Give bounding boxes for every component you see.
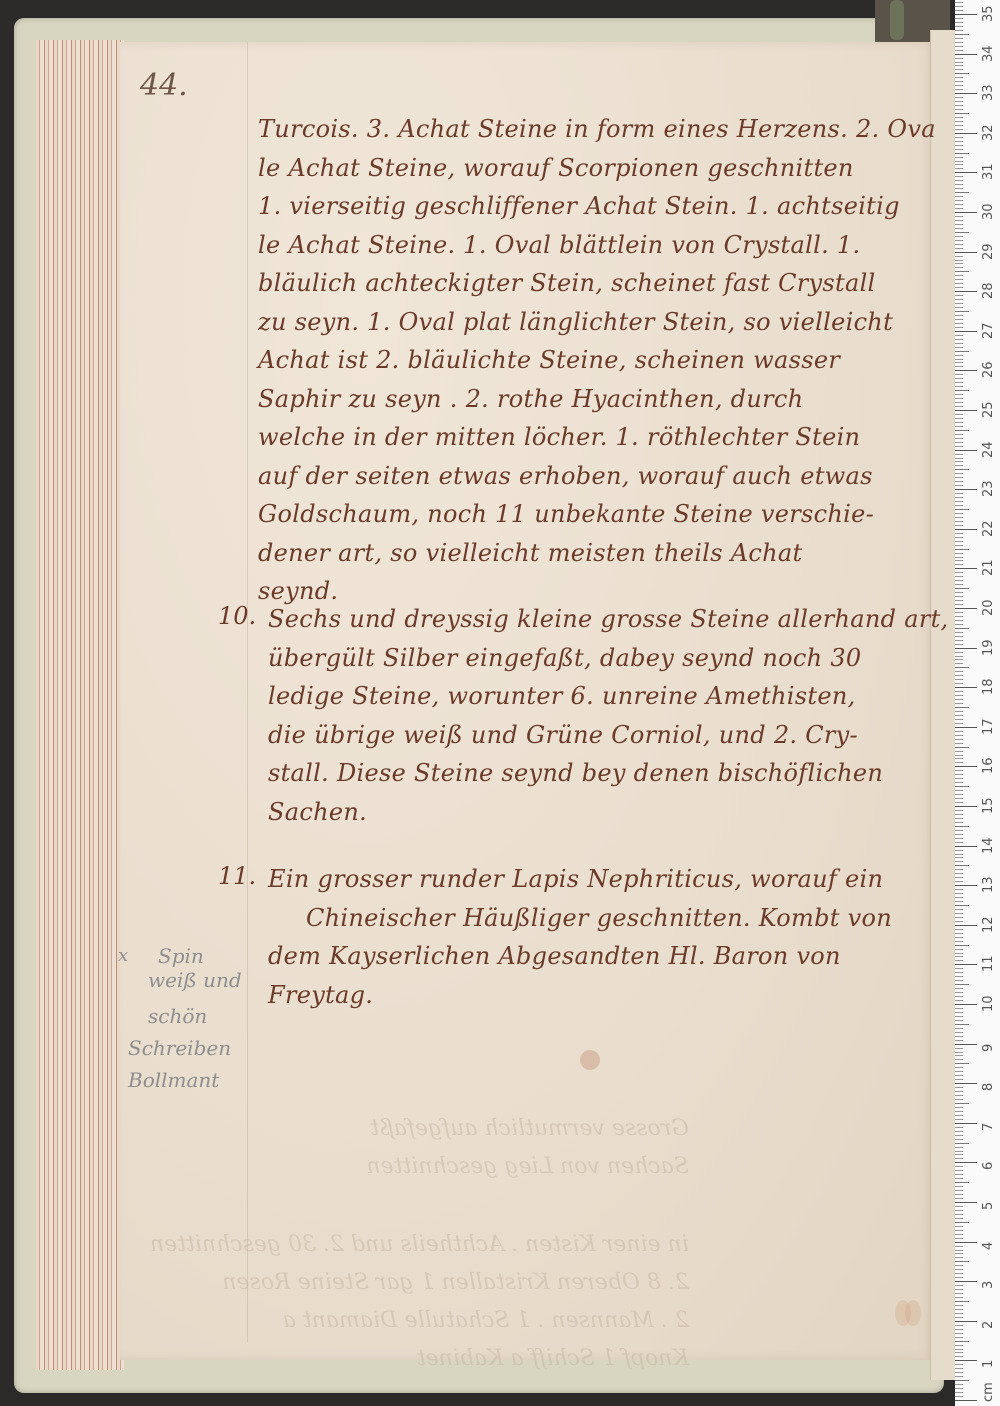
ruler-tick xyxy=(955,1059,963,1060)
ruler-tick xyxy=(955,751,963,752)
ruler-tick xyxy=(955,351,969,352)
ruler-tick xyxy=(955,537,963,538)
ruler-tick xyxy=(955,359,963,360)
ruler-tick xyxy=(955,616,963,617)
ruler-tick xyxy=(955,1356,963,1357)
ruler-tick xyxy=(955,921,963,922)
ruler-tick xyxy=(955,850,963,851)
ruler-tick xyxy=(955,675,963,676)
ruler-label: 1 xyxy=(981,1360,996,1368)
ruler-tick xyxy=(955,1341,969,1342)
ruler-tick xyxy=(955,1253,963,1254)
ruler-tick xyxy=(955,473,963,474)
ruler-tick xyxy=(955,343,963,344)
ruler-tick xyxy=(955,477,963,478)
entry-number: 10. xyxy=(218,602,256,630)
ruler-tick xyxy=(955,1265,963,1266)
ruler-tick xyxy=(955,727,977,728)
ruler-tick xyxy=(955,838,963,839)
ruler-tick xyxy=(955,1063,969,1064)
ruler-label: 7 xyxy=(981,1123,996,1131)
folio-number: 44. xyxy=(140,68,188,103)
entry-continuation: Turcois. 3. Achat Steine in form eines H… xyxy=(258,110,936,611)
ruler-tick xyxy=(955,992,963,993)
ruler-tick xyxy=(955,125,963,126)
ruler-tick xyxy=(955,1182,969,1183)
ruler-tick xyxy=(955,1012,963,1013)
ruler-tick xyxy=(955,755,963,756)
ruler-tick xyxy=(955,1020,963,1021)
ruler-tick xyxy=(955,549,969,550)
ruler-tick xyxy=(955,1154,963,1155)
ruler-tick xyxy=(955,1277,963,1278)
ruler-tick xyxy=(955,430,969,431)
ruler-tick xyxy=(955,390,969,391)
ruler-tick xyxy=(955,434,963,435)
ruler-tick xyxy=(955,1285,963,1286)
ruler-label: 29 xyxy=(981,243,996,260)
ruler-tick xyxy=(955,295,963,296)
ruler-tick xyxy=(955,1222,969,1223)
ruler-tick xyxy=(955,141,963,142)
ruler-label: 25 xyxy=(981,401,996,418)
spacer xyxy=(150,1186,689,1226)
ruler-tick xyxy=(955,1194,963,1195)
ruler-tick xyxy=(955,857,963,858)
ruler-tick xyxy=(955,200,963,201)
ruler-label: 5 xyxy=(981,1202,996,1210)
ruler-tick xyxy=(955,481,963,482)
bleed-line: in einer Kisten . Achtheils und 2. 30 ge… xyxy=(150,1226,689,1264)
ruler-tick xyxy=(955,93,977,94)
ruler-tick xyxy=(955,1131,963,1132)
ruler-tick xyxy=(955,513,963,514)
ruler-tick xyxy=(955,34,969,35)
ruler-tick xyxy=(955,188,963,189)
ruler-label: 19 xyxy=(981,639,996,656)
ruler-tick xyxy=(955,50,963,51)
ruler-tick xyxy=(955,454,963,455)
ruler-tick xyxy=(955,1273,963,1274)
ruler-tick xyxy=(955,945,969,946)
ruler-tick xyxy=(955,790,963,791)
ruler-tick xyxy=(955,1368,963,1369)
ruler-tick xyxy=(955,1170,963,1171)
ruler-tick xyxy=(955,786,969,787)
ruler-tick xyxy=(955,386,963,387)
ruler-tick xyxy=(955,1135,963,1136)
ruler-tick xyxy=(955,996,963,997)
ruler-tick xyxy=(955,1186,963,1187)
ruler-tick xyxy=(955,1147,963,1148)
entry-line: 1. vierseitig geschliffener Achat Stein.… xyxy=(258,187,936,226)
ruler-tick xyxy=(955,263,963,264)
ruler-tick xyxy=(955,1261,969,1262)
ruler-tick xyxy=(955,1210,963,1211)
ruler-tick xyxy=(955,584,963,585)
ruler-tick xyxy=(955,723,963,724)
ruler-tick xyxy=(955,1000,963,1001)
ruler-tick xyxy=(955,980,963,981)
ruler-tick xyxy=(955,1178,963,1179)
ruler-tick xyxy=(955,153,969,154)
ruler-tick xyxy=(955,517,963,518)
ruler-tick xyxy=(955,410,977,411)
ruler-label: 24 xyxy=(981,441,996,458)
ruler-tick xyxy=(955,505,963,506)
entry-line: dem Kayserlichen Abgesandten Hl. Baron v… xyxy=(268,937,892,976)
ruler-tick xyxy=(955,1111,963,1112)
ruler-tick xyxy=(955,1372,963,1373)
ruler-tick xyxy=(955,145,963,146)
ruler-tick xyxy=(955,331,977,332)
ruler-tick xyxy=(955,1095,963,1096)
ruler-tick xyxy=(955,652,963,653)
entry-line: Achat ist 2. bläulichte Steine, scheinen… xyxy=(258,341,936,380)
ruler-tick xyxy=(955,1384,963,1385)
entry-line: le Achat Steine. 1. Oval blättlein von C… xyxy=(258,226,936,265)
ruler-tick xyxy=(955,1127,963,1128)
ruler-tick xyxy=(955,925,977,926)
ruler-tick xyxy=(955,576,963,577)
ruler-tick xyxy=(955,65,963,66)
ruler-tick xyxy=(955,370,977,371)
ruler-tick xyxy=(955,572,963,573)
ruler-tick xyxy=(955,735,963,736)
ruler-tick xyxy=(955,560,963,561)
ruler-tick xyxy=(955,782,963,783)
ruler-tick xyxy=(955,184,963,185)
ruler-tick xyxy=(955,1119,963,1120)
ruler-tick xyxy=(955,624,963,625)
ruler-tick xyxy=(955,279,963,280)
ruler-tick xyxy=(955,1301,969,1302)
ruler-tick xyxy=(955,941,963,942)
ruler-tick xyxy=(955,362,963,363)
ruler-tick xyxy=(955,1345,963,1346)
ruler-label: 35 xyxy=(981,5,996,22)
ruler-label: 20 xyxy=(981,599,996,616)
ruler-tick xyxy=(955,909,963,910)
ruler-tick xyxy=(955,22,963,23)
ruler-tick xyxy=(955,968,963,969)
bleed-line: 2. 8 Oberen Kristallen 1 gar Steine Rose… xyxy=(150,1264,689,1302)
ruler-tick xyxy=(955,1067,963,1068)
ruler-tick xyxy=(955,588,969,589)
ruler-tick xyxy=(955,81,963,82)
ruler-tick xyxy=(955,885,977,886)
ruler-tick xyxy=(955,592,963,593)
ruler-tick xyxy=(955,1024,969,1025)
ruler-tick xyxy=(955,248,963,249)
ruler-tick xyxy=(955,89,963,90)
ruler-tick xyxy=(955,1044,977,1045)
ruler-tick xyxy=(955,192,969,193)
ruler-tick xyxy=(955,747,969,748)
ruler-tick xyxy=(955,1352,963,1353)
ruler-tick xyxy=(955,1048,963,1049)
ruler-tick xyxy=(955,1238,963,1239)
ruler-tick xyxy=(955,1028,963,1029)
ruler-tick xyxy=(955,656,963,657)
ruler-tick xyxy=(955,113,969,114)
ruler-tick xyxy=(955,394,963,395)
ruler-tick xyxy=(955,1281,977,1282)
ruler-tick xyxy=(955,612,963,613)
ruler-tick xyxy=(955,628,969,629)
ruler-tick xyxy=(955,905,969,906)
ruler-tick xyxy=(955,1214,963,1215)
ruler-tick xyxy=(955,854,963,855)
ruler-tick xyxy=(955,109,963,110)
ruler-tick xyxy=(955,834,963,835)
ruler-tick xyxy=(955,509,969,510)
ruler-tick xyxy=(955,6,963,7)
ruler-tick xyxy=(955,97,963,98)
ruler-tick xyxy=(955,501,963,502)
entry-line: welche in der mitten löcher. 1. röthlech… xyxy=(258,418,936,457)
stain xyxy=(580,1050,600,1070)
ruler-label: 8 xyxy=(981,1083,996,1091)
ruler-tick xyxy=(955,794,963,795)
ruler-label: 11 xyxy=(981,956,996,973)
ruler-tick xyxy=(955,458,963,459)
ruler-tick xyxy=(955,620,963,621)
ruler-tick xyxy=(955,366,963,367)
ruler-tick xyxy=(955,164,963,165)
ruler-tick xyxy=(955,1004,977,1005)
ruler-tick xyxy=(955,659,963,660)
entry-line: Sechs und dreyssig kleine grosse Steine … xyxy=(268,600,980,639)
bleed-line: Knopf 1 Schiff a Kabinet xyxy=(150,1340,689,1378)
ruler-tick xyxy=(955,873,963,874)
ruler-tick xyxy=(955,1115,963,1116)
ruler-tick xyxy=(955,719,963,720)
ruler-tick xyxy=(955,204,963,205)
ruler-tick xyxy=(955,533,963,534)
ruler-tick xyxy=(955,196,963,197)
ruler-tick xyxy=(955,101,963,102)
ruler-tick xyxy=(955,976,963,977)
ruler-tick xyxy=(955,604,963,605)
ruler-tick xyxy=(955,1257,963,1258)
ruler-tick xyxy=(955,1242,977,1243)
ruler-label: 22 xyxy=(981,520,996,537)
ruler-tick xyxy=(955,1162,977,1163)
ruler-tick xyxy=(955,129,963,130)
ruler-tick xyxy=(955,426,963,427)
ruler-tick xyxy=(955,117,963,118)
ruler-tick xyxy=(955,1297,963,1298)
ruler-tick xyxy=(955,240,963,241)
ruler-tick xyxy=(955,62,963,63)
ruler-tick xyxy=(955,1321,977,1322)
ruler-tick xyxy=(955,679,963,680)
ruler-tick xyxy=(955,323,963,324)
ruler-tick xyxy=(955,580,963,581)
ruler-label: 17 xyxy=(981,718,996,735)
ruler-tick xyxy=(955,774,963,775)
ruler-tick xyxy=(955,988,963,989)
ruler-tick xyxy=(955,355,963,356)
ruler-tick xyxy=(955,149,963,150)
ruler-tick xyxy=(955,493,963,494)
ruler-tick xyxy=(955,1016,963,1017)
ruler-tick xyxy=(955,1226,963,1227)
ruler-tick xyxy=(955,1396,963,1397)
ruler-tick xyxy=(955,913,963,914)
ruler-tick xyxy=(955,1400,977,1401)
ruler-tick xyxy=(955,1337,963,1338)
pencil-cross-mark: x xyxy=(118,935,128,977)
ruler-tick xyxy=(955,485,963,486)
ruler-tick xyxy=(955,260,963,261)
ruler-tick xyxy=(955,489,977,490)
ruler-tick xyxy=(955,1087,963,1088)
ruler-tick xyxy=(955,671,963,672)
ruler-tick xyxy=(955,1230,963,1231)
binding-tie xyxy=(890,0,904,40)
ruler-tick xyxy=(955,917,963,918)
ruler-tick xyxy=(955,683,963,684)
ruler-tick xyxy=(955,632,963,633)
ruler-tick xyxy=(955,497,963,498)
ruler-label: 13 xyxy=(981,877,996,894)
ruler-tick xyxy=(955,77,963,78)
ruler-tick xyxy=(955,545,963,546)
ruler-tick xyxy=(955,557,963,558)
entry-number: 11. xyxy=(218,862,256,890)
ruler-tick xyxy=(955,842,963,843)
ruler-tick xyxy=(955,703,963,704)
ruler-tick xyxy=(955,929,963,930)
ruler-tick xyxy=(955,1234,963,1235)
ruler-tick xyxy=(955,865,969,866)
ruler-tick xyxy=(955,283,963,284)
ruler-tick xyxy=(955,161,963,162)
ruler-label: 9 xyxy=(981,1043,996,1051)
entry-line: dener art, so vielleicht meisten theils … xyxy=(258,534,936,573)
ruler-tick xyxy=(955,822,963,823)
ruler-label: 15 xyxy=(981,797,996,814)
ruler-label: 26 xyxy=(981,362,996,379)
ruler-tick xyxy=(955,26,963,27)
ruler-tick xyxy=(955,414,963,415)
ruler-tick xyxy=(955,846,977,847)
bleed-line: Sachen von Lieg geschnitten xyxy=(150,1148,689,1186)
ruler-tick xyxy=(955,1364,963,1365)
ruler-tick xyxy=(955,553,963,554)
ruler-tick xyxy=(955,1151,963,1152)
ruler-label: 33 xyxy=(981,85,996,102)
ruler-tick xyxy=(955,461,963,462)
ruler-tick xyxy=(955,1055,963,1056)
ruler-tick xyxy=(955,897,963,898)
ruler-tick xyxy=(955,695,963,696)
ruler-tick xyxy=(955,715,963,716)
ruler-tick xyxy=(955,1052,963,1053)
entry-line: Sachen. xyxy=(268,793,980,832)
entry-body: Ein grosser runder Lapis Nephriticus, wo… xyxy=(268,860,892,1014)
ruler-tick xyxy=(955,711,963,712)
ruler-tick xyxy=(955,889,963,890)
ruler-tick xyxy=(955,1388,963,1389)
ruler-tick xyxy=(955,869,963,870)
ruler-tick xyxy=(955,861,963,862)
ruler-tick xyxy=(955,600,963,601)
entry-line: die übrige weiß und Grüne Corniol, und 2… xyxy=(268,716,980,755)
ruler-tick xyxy=(955,442,963,443)
entry-line: stall. Diese Steine seynd bey denen bisc… xyxy=(268,754,980,793)
ruler-tick xyxy=(955,402,963,403)
ruler-tick xyxy=(955,1036,963,1037)
ruler-tick xyxy=(955,818,963,819)
ruler-tick xyxy=(955,38,963,39)
ruler-tick xyxy=(955,814,963,815)
ruler-tick xyxy=(955,1099,963,1100)
ruler-tick xyxy=(955,252,977,253)
ruler-tick xyxy=(955,949,963,950)
ruler-tick xyxy=(955,762,963,763)
ruler-tick xyxy=(955,339,963,340)
ruler-tick xyxy=(955,1349,963,1350)
ruler-tick xyxy=(955,465,963,466)
ruler-tick xyxy=(955,1091,963,1092)
ruler-tick xyxy=(955,1360,977,1361)
ruler-tick xyxy=(955,778,963,779)
ruler-tick xyxy=(955,1032,963,1033)
ruler-tick xyxy=(955,972,963,973)
entry-line: Saphir zu seyn . 2. rothe Hyacinthen, du… xyxy=(258,380,936,419)
ruler-tick xyxy=(955,176,963,177)
ruler-label: 30 xyxy=(981,203,996,220)
ruler-tick xyxy=(955,224,963,225)
entry-line: zu seyn. 1. Oval plat länglichter Stein,… xyxy=(258,303,936,342)
ruler-tick xyxy=(955,1008,963,1009)
ruler-tick xyxy=(955,172,977,173)
ruler-tick xyxy=(955,446,963,447)
ruler-tick xyxy=(955,382,963,383)
ruler-label: 16 xyxy=(981,758,996,775)
ruler-label: 12 xyxy=(981,916,996,933)
ruler-tick xyxy=(955,137,963,138)
ruler-tick xyxy=(955,687,977,688)
ruler-tick xyxy=(955,667,969,668)
ruler-tick xyxy=(955,14,977,15)
ruler-tick xyxy=(955,707,969,708)
ruler-tick xyxy=(955,275,963,276)
marginal-pencil-note: x Spin weiß und schön Schreiben Bollmant xyxy=(128,935,242,1101)
page-edges-stack xyxy=(36,40,124,1370)
ruler-tick xyxy=(955,964,977,965)
ruler-label: 32 xyxy=(981,124,996,141)
ruler-tick xyxy=(955,168,963,169)
entry-line: le Achat Steine, worauf Scorpionen gesch… xyxy=(258,149,936,188)
ruler-tick xyxy=(955,450,977,451)
ruler-tick xyxy=(955,42,963,43)
ruler-label: 34 xyxy=(981,45,996,62)
bleed-line: Grosse vermutlich aufgefaßt xyxy=(150,1110,689,1148)
ruler-tick xyxy=(955,608,977,609)
ruler-tick xyxy=(955,73,969,74)
ruler-tick xyxy=(955,802,963,803)
ruler-tick xyxy=(955,937,963,938)
ruler-tick xyxy=(955,1376,963,1377)
ruler-tick xyxy=(955,1083,977,1084)
ruler-label: 3 xyxy=(981,1281,996,1289)
ruler-tick xyxy=(955,596,963,597)
ruler-tick xyxy=(955,271,969,272)
